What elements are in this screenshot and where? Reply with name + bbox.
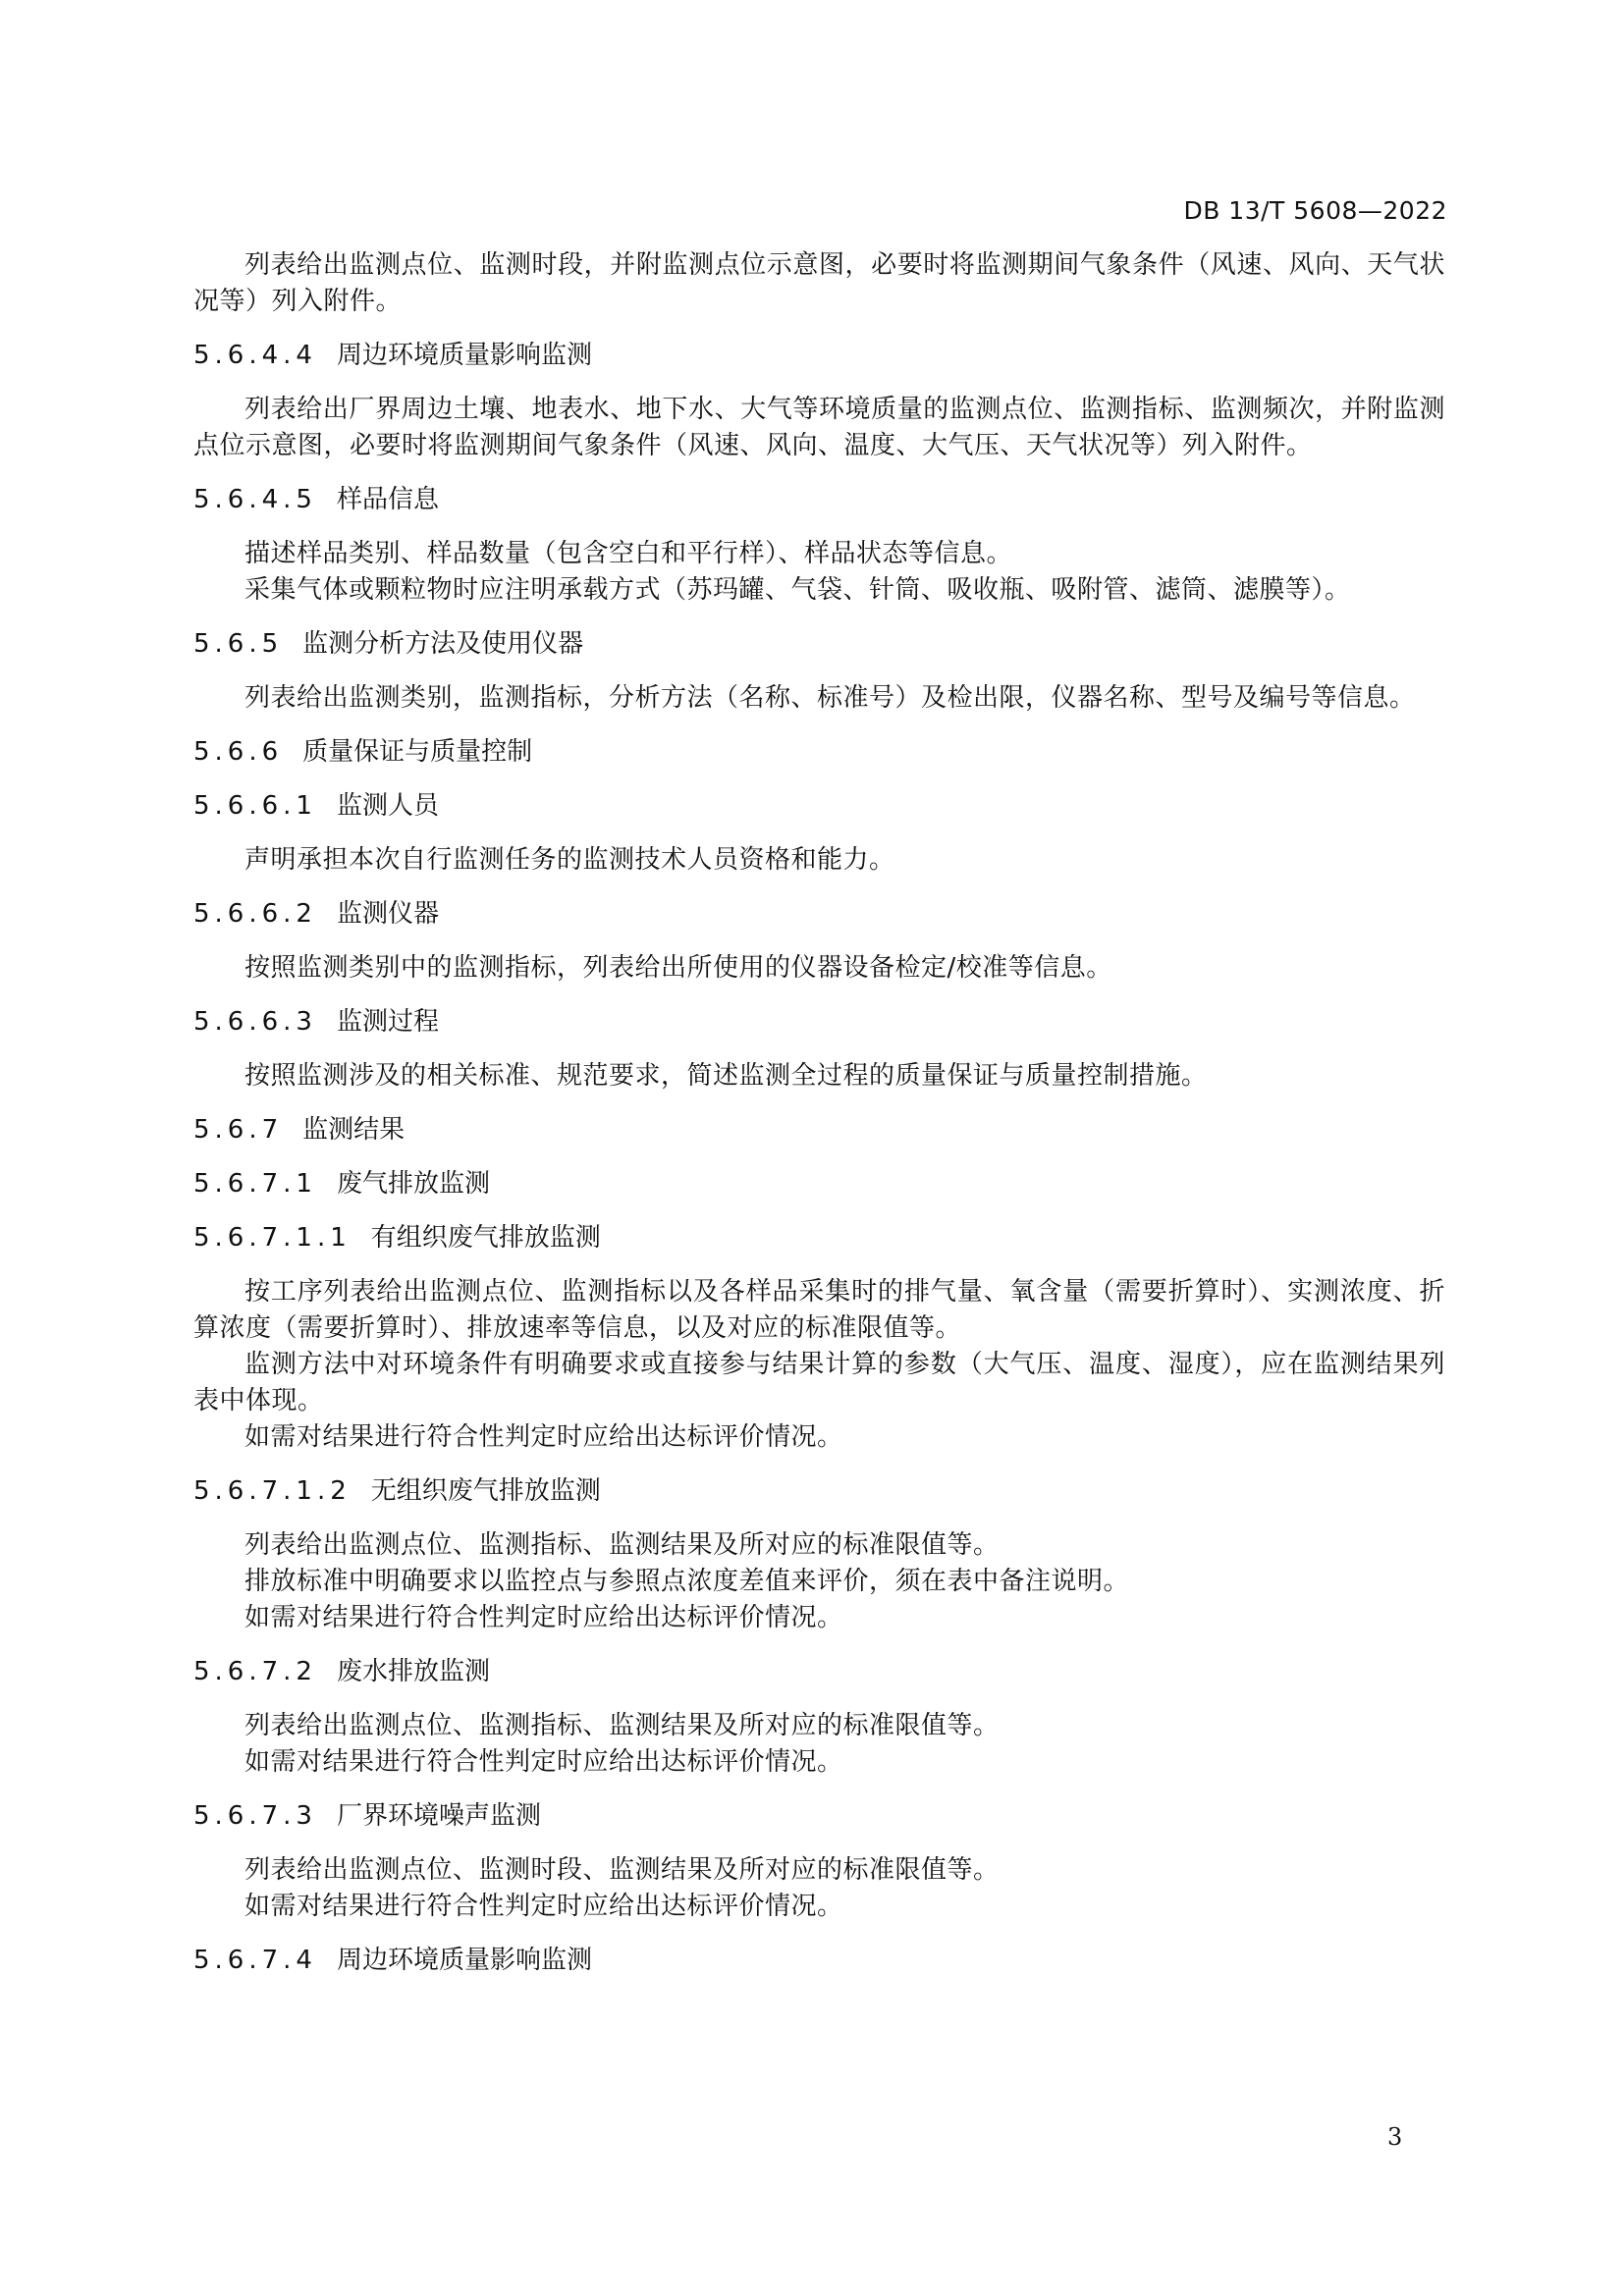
document-body: 列表给出监测点位、监测时段，并附监测点位示意图，必要时将监测期间气象条件（风速、…: [193, 247, 1445, 1997]
section-title: 监测结果: [302, 1115, 405, 1145]
paragraph: 排放标准中明确要求以监控点与参照点浓度差值来评价，须在表中备注说明。: [193, 1564, 1445, 1600]
paragraph: 按照监测涉及的相关标准、规范要求，简述监测全过程的质量保证与质量控制措施。: [193, 1058, 1445, 1095]
section-number: 5.6.7: [193, 1115, 283, 1145]
paragraph: 列表给出监测点位、监测时段、监测结果及所对应的标准限值等。: [193, 1852, 1445, 1889]
section-title: 监测人员: [337, 791, 439, 821]
paragraph-block: 列表给出监测点位、监测时段，并附监测点位示意图，必要时将监测期间气象条件（风速、…: [193, 247, 1445, 320]
paragraph: 列表给出监测点位、监测时段，并附监测点位示意图，必要时将监测期间气象条件（风速、…: [193, 247, 1445, 320]
section-heading-5-6-6-2: 5.6.6.2监测仪器: [193, 896, 1445, 933]
paragraph: 列表给出监测点位、监测指标、监测结果及所对应的标准限值等。: [193, 1708, 1445, 1744]
section-number: 5.6.4.4: [193, 341, 317, 370]
section-title: 有组织废气排放监测: [371, 1223, 601, 1253]
paragraph: 声明承担本次自行监测任务的监测技术人员资格和能力。: [193, 842, 1445, 879]
section-heading-5-6-7-1-2: 5.6.7.1.2无组织废气排放监测: [193, 1473, 1445, 1510]
paragraph: 如需对结果进行符合性判定时应给出达标评价情况。: [193, 1419, 1445, 1456]
section-number: 5.6.7.1: [193, 1169, 317, 1199]
section-number: 5.6.6.3: [193, 1007, 317, 1037]
paragraph: 采集气体或颗粒物时应注明承载方式（苏玛罐、气袋、针筒、吸收瓶、吸附管、滤筒、滤膜…: [193, 572, 1445, 609]
section-title: 废水排放监测: [337, 1657, 490, 1686]
section-number: 5.6.4.5: [193, 485, 317, 514]
section-title: 监测过程: [337, 1007, 439, 1037]
paragraph: 如需对结果进行符合性判定时应给出达标评价情况。: [193, 1600, 1445, 1636]
section-heading-5-6-6-1: 5.6.6.1监测人员: [193, 788, 1445, 825]
section-heading-5-6-7-1-1: 5.6.7.1.1有组织废气排放监测: [193, 1220, 1445, 1256]
section-heading-5-6-7-1: 5.6.7.1废气排放监测: [193, 1166, 1445, 1202]
section-number: 5.6.6.1: [193, 791, 317, 821]
section-heading-5-6-7-3: 5.6.7.3厂界环境噪声监测: [193, 1798, 1445, 1835]
paragraph-block: 按工序列表给出监测点位、监测指标以及各样品采集时的排气量、氧含量（需要折算时）、…: [193, 1274, 1445, 1456]
paragraph-block: 列表给出厂界周边土壤、地表水、地下水、大气等环境质量的监测点位、监测指标、监测频…: [193, 392, 1445, 464]
standard-code-header: DB 13/T 5608—2022: [1183, 196, 1447, 225]
section-heading-5-6-7-2: 5.6.7.2废水排放监测: [193, 1654, 1445, 1690]
paragraph: 列表给出监测类别，监测指标，分析方法（名称、标准号）及检出限，仪器名称、型号及编…: [193, 680, 1445, 717]
section-title: 周边环境质量影响监测: [337, 1946, 592, 1975]
section-number: 5.6.6.2: [193, 899, 317, 929]
section-number: 5.6.6: [193, 737, 283, 767]
section-heading-5-6-7: 5.6.7监测结果: [193, 1112, 1445, 1148]
section-number: 5.6.7.1.2: [193, 1476, 352, 1506]
paragraph: 描述样品类别、样品数量（包含空白和平行样）、样品状态等信息。: [193, 536, 1445, 572]
section-heading-5-6-6: 5.6.6质量保证与质量控制: [193, 734, 1445, 771]
paragraph: 如需对结果进行符合性判定时应给出达标评价情况。: [193, 1889, 1445, 1925]
section-heading-5-6-6-3: 5.6.6.3监测过程: [193, 1004, 1445, 1041]
section-title: 监测分析方法及使用仪器: [302, 629, 583, 659]
paragraph-block: 描述样品类别、样品数量（包含空白和平行样）、样品状态等信息。 采集气体或颗粒物时…: [193, 536, 1445, 609]
paragraph-block: 按照监测涉及的相关标准、规范要求，简述监测全过程的质量保证与质量控制措施。: [193, 1058, 1445, 1095]
section-number: 5.6.7.1.1: [193, 1223, 352, 1253]
section-number: 5.6.5: [193, 629, 283, 659]
section-title: 废气排放监测: [337, 1169, 490, 1199]
section-heading-5-6-5: 5.6.5监测分析方法及使用仪器: [193, 626, 1445, 663]
paragraph-block: 列表给出监测点位、监测指标、监测结果及所对应的标准限值等。 如需对结果进行符合性…: [193, 1708, 1445, 1781]
section-heading-5-6-4-4: 5.6.4.4周边环境质量影响监测: [193, 338, 1445, 374]
section-number: 5.6.7.4: [193, 1946, 317, 1975]
section-number: 5.6.7.2: [193, 1657, 317, 1686]
page-number: 3: [1387, 2123, 1402, 2151]
section-title: 周边环境质量影响监测: [337, 341, 592, 370]
paragraph: 列表给出厂界周边土壤、地表水、地下水、大气等环境质量的监测点位、监测指标、监测频…: [193, 392, 1445, 464]
section-title: 无组织废气排放监测: [371, 1476, 601, 1506]
paragraph-block: 列表给出监测点位、监测指标、监测结果及所对应的标准限值等。 排放标准中明确要求以…: [193, 1527, 1445, 1636]
paragraph: 按照监测类别中的监测指标，列表给出所使用的仪器设备检定/校准等信息。: [193, 950, 1445, 987]
paragraph-block: 按照监测类别中的监测指标，列表给出所使用的仪器设备检定/校准等信息。: [193, 950, 1445, 987]
paragraph: 列表给出监测点位、监测指标、监测结果及所对应的标准限值等。: [193, 1527, 1445, 1564]
paragraph-block: 列表给出监测点位、监测时段、监测结果及所对应的标准限值等。 如需对结果进行符合性…: [193, 1852, 1445, 1925]
section-title: 样品信息: [337, 485, 439, 514]
section-heading-5-6-7-4: 5.6.7.4周边环境质量影响监测: [193, 1943, 1445, 1979]
section-number: 5.6.7.3: [193, 1801, 317, 1831]
paragraph-block: 声明承担本次自行监测任务的监测技术人员资格和能力。: [193, 842, 1445, 879]
paragraph-block: 列表给出监测类别，监测指标，分析方法（名称、标准号）及检出限，仪器名称、型号及编…: [193, 680, 1445, 717]
section-heading-5-6-4-5: 5.6.4.5样品信息: [193, 482, 1445, 518]
paragraph: 按工序列表给出监测点位、监测指标以及各样品采集时的排气量、氧含量（需要折算时）、…: [193, 1274, 1445, 1347]
section-title: 监测仪器: [337, 899, 439, 929]
paragraph: 监测方法中对环境条件有明确要求或直接参与结果计算的参数（大气压、温度、湿度），应…: [193, 1347, 1445, 1419]
paragraph: 如需对结果进行符合性判定时应给出达标评价情况。: [193, 1744, 1445, 1781]
section-title: 厂界环境噪声监测: [337, 1801, 541, 1831]
section-title: 质量保证与质量控制: [302, 737, 532, 767]
